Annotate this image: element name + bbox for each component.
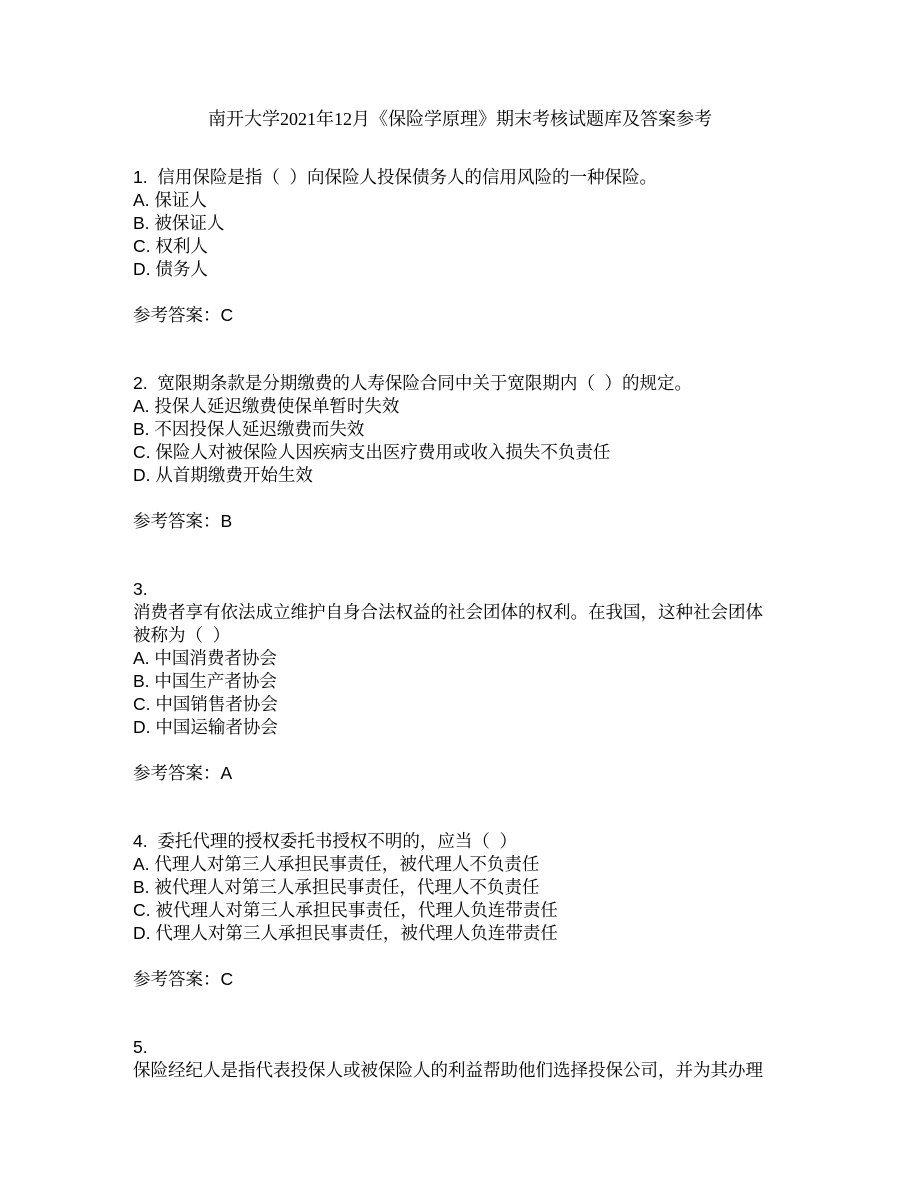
question-2-option-d: D. 从首期缴费开始生效 — [133, 464, 810, 487]
question-4: 4. 委托代理的授权委托书授权不明的，应当（ ） A. 代理人对第三人承担民事责… — [133, 830, 810, 991]
answer-value: C — [221, 305, 234, 325]
question-3-stem-line-1: 消费者享有依法成立维护自身合法权益的社会团体的权利。在我国，这种社会团体 — [133, 601, 810, 624]
question-3-option-b: B. 中国生产者协会 — [133, 670, 810, 693]
exam-document-page: 南开大学2021年12月《保险学原理》期末考核试题库及答案参考 1. 信用保险是… — [0, 0, 920, 1191]
question-3: 3. 消费者享有依法成立维护自身合法权益的社会团体的权利。在我国，这种社会团体 … — [133, 578, 810, 785]
question-2-option-b: B. 不因投保人延迟缴费而失效 — [133, 418, 810, 441]
question-1-option-c: C. 权利人 — [133, 235, 810, 258]
question-4-option-d: D. 代理人对第三人承担民事责任，被代理人负连带责任 — [133, 922, 810, 945]
document-title: 南开大学2021年12月《保险学原理》期末考核试题库及答案参考 — [110, 106, 810, 132]
question-1-answer: 参考答案：C — [133, 304, 810, 327]
question-5-stem-line-1: 保险经纪人是指代表投保人或被保险人的利益帮助他们选择投保公司，并为其办理 — [133, 1059, 810, 1082]
question-2-option-a: A. 投保人延迟缴费使保单暂时失效 — [133, 395, 810, 418]
question-3-option-a: A. 中国消费者协会 — [133, 647, 810, 670]
answer-prefix-label: 参考答案： — [133, 305, 221, 325]
question-1: 1. 信用保险是指（ ）向保险人投保债务人的信用风险的一种保险。 A. 保证人 … — [133, 166, 810, 327]
question-4-option-c: C. 被代理人对第三人承担民事责任，代理人负连带责任 — [133, 899, 810, 922]
answer-value: A — [221, 763, 233, 783]
question-2: 2. 宽限期条款是分期缴费的人寿保险合同中关于宽限期内（ ）的规定。 A. 投保… — [133, 372, 810, 533]
answer-prefix-label: 参考答案： — [133, 511, 221, 531]
question-3-answer: 参考答案：A — [133, 762, 810, 785]
question-3-option-c: C. 中国销售者协会 — [133, 693, 810, 716]
question-4-answer: 参考答案：C — [133, 968, 810, 991]
answer-prefix-label: 参考答案： — [133, 763, 221, 783]
question-1-option-a: A. 保证人 — [133, 189, 810, 212]
question-4-option-b: B. 被代理人对第三人承担民事责任，代理人不负责任 — [133, 876, 810, 899]
question-3-option-d: D. 中国运输者协会 — [133, 716, 810, 739]
question-1-stem: 1. 信用保险是指（ ）向保险人投保债务人的信用风险的一种保险。 — [133, 166, 810, 189]
question-3-stem-line-2: 被称为（ ） — [133, 624, 810, 647]
question-1-option-b: B. 被保证人 — [133, 212, 810, 235]
question-5: 5. 保险经纪人是指代表投保人或被保险人的利益帮助他们选择投保公司，并为其办理 — [133, 1036, 810, 1082]
question-1-option-d: D. 债务人 — [133, 258, 810, 281]
answer-value: C — [221, 969, 234, 989]
question-2-option-c: C. 保险人对被保险人因疾病支出医疗费用或收入损失不负责任 — [133, 441, 810, 464]
question-2-stem: 2. 宽限期条款是分期缴费的人寿保险合同中关于宽限期内（ ）的规定。 — [133, 372, 810, 395]
question-4-stem: 4. 委托代理的授权委托书授权不明的，应当（ ） — [133, 830, 810, 853]
question-2-answer: 参考答案：B — [133, 510, 810, 533]
question-3-number: 3. — [133, 578, 810, 601]
question-4-option-a: A. 代理人对第三人承担民事责任，被代理人不负责任 — [133, 853, 810, 876]
question-5-number: 5. — [133, 1036, 810, 1059]
answer-prefix-label: 参考答案： — [133, 969, 221, 989]
answer-value: B — [221, 511, 233, 531]
